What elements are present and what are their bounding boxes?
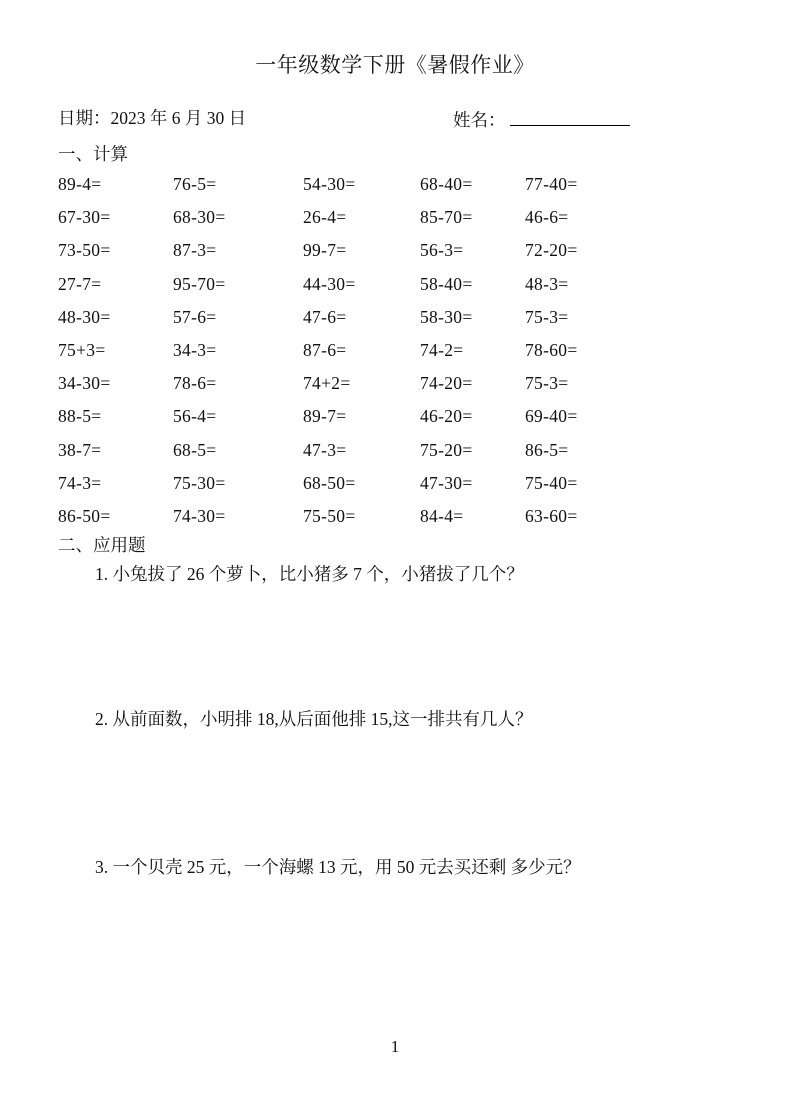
calc-problem: 56-4= bbox=[173, 406, 303, 427]
calc-problem: 56-3= bbox=[420, 240, 525, 261]
calc-row: 73-50= 87-3= 99-7= 56-3= 72-20= bbox=[58, 234, 732, 267]
calc-problem: 89-4= bbox=[58, 174, 173, 195]
calc-problem: 27-7= bbox=[58, 274, 173, 295]
calc-problem: 74-20= bbox=[420, 373, 525, 394]
calc-problem: 68-50= bbox=[303, 473, 420, 494]
calc-row: 48-30= 57-6= 47-6= 58-30= 75-3= bbox=[58, 301, 732, 334]
meta-row: 日期：2023 年 6 月 30 日 姓名： bbox=[0, 108, 790, 128]
calc-row: 74-3= 75-30= 68-50= 47-30= 75-40= bbox=[58, 467, 732, 500]
calc-problem: 57-6= bbox=[173, 307, 303, 328]
section-heading-calculation: 一、计算 bbox=[58, 144, 790, 164]
calc-row: 38-7= 68-5= 47-3= 75-20= 86-5= bbox=[58, 434, 732, 467]
calc-problem: 78-6= bbox=[173, 373, 303, 394]
calc-problem: 34-30= bbox=[58, 373, 173, 394]
calc-problem: 47-6= bbox=[303, 307, 420, 328]
calc-row: 86-50= 74-30= 75-50= 84-4= 63-60= bbox=[58, 500, 732, 533]
calc-problem: 68-5= bbox=[173, 440, 303, 461]
date-text: 日期：2023 年 6 月 30 日 bbox=[58, 108, 246, 128]
calc-problem: 47-3= bbox=[303, 440, 420, 461]
calc-problem: 86-5= bbox=[525, 440, 732, 461]
name-label: 姓名： bbox=[453, 110, 506, 130]
calculation-grid: 89-4= 76-5= 54-30= 68-40= 77-40= 67-30= … bbox=[58, 168, 732, 533]
calc-problem: 87-3= bbox=[173, 240, 303, 261]
name-blank-line bbox=[510, 108, 630, 126]
worksheet-page: 一年级数学下册《暑假作业》 日期：2023 年 6 月 30 日 姓名： 一、计… bbox=[0, 0, 790, 1118]
name-group: 姓名： bbox=[453, 108, 630, 130]
calc-problem: 46-20= bbox=[420, 406, 525, 427]
calc-problem: 75-40= bbox=[525, 473, 732, 494]
calc-problem: 38-7= bbox=[58, 440, 173, 461]
calc-row: 34-30= 78-6= 74+2= 74-20= 75-3= bbox=[58, 367, 732, 400]
calc-problem: 58-30= bbox=[420, 307, 525, 328]
calc-problem: 95-70= bbox=[173, 274, 303, 295]
word-problem-2: 2. 从前面数，小明排 18,从后面他排 15,这一排共有几人？ bbox=[95, 708, 750, 730]
calc-problem: 75-50= bbox=[303, 506, 420, 527]
calc-problem: 84-4= bbox=[420, 506, 525, 527]
calc-problem: 63-60= bbox=[525, 506, 732, 527]
calc-row: 67-30= 68-30= 26-4= 85-70= 46-6= bbox=[58, 201, 732, 234]
word-problem-3: 3. 一个贝壳 25 元，一个海螺 13 元，用 50 元去买还剩 多少元？ bbox=[95, 856, 750, 878]
calc-problem: 44-30= bbox=[303, 274, 420, 295]
calc-row: 89-4= 76-5= 54-30= 68-40= 77-40= bbox=[58, 168, 732, 201]
page-number: 1 bbox=[0, 1036, 790, 1058]
calc-problem: 74-30= bbox=[173, 506, 303, 527]
calc-problem: 26-4= bbox=[303, 207, 420, 228]
calc-problem: 75+3= bbox=[58, 340, 173, 361]
section-heading-word-problems: 二、应用题 bbox=[58, 535, 790, 555]
calc-problem: 78-60= bbox=[525, 340, 732, 361]
calc-problem: 75-30= bbox=[173, 473, 303, 494]
calc-problem: 73-50= bbox=[58, 240, 173, 261]
calc-problem: 89-7= bbox=[303, 406, 420, 427]
calc-problem: 69-40= bbox=[525, 406, 732, 427]
calc-row: 75+3= 34-3= 87-6= 74-2= 78-60= bbox=[58, 334, 732, 367]
calc-problem: 76-5= bbox=[173, 174, 303, 195]
calc-problem: 48-3= bbox=[525, 274, 732, 295]
calc-problem: 58-40= bbox=[420, 274, 525, 295]
calc-problem: 72-20= bbox=[525, 240, 732, 261]
calc-problem: 68-30= bbox=[173, 207, 303, 228]
calc-problem: 46-6= bbox=[525, 207, 732, 228]
calc-row: 27-7= 95-70= 44-30= 58-40= 48-3= bbox=[58, 268, 732, 301]
calc-problem: 75-20= bbox=[420, 440, 525, 461]
calc-row: 88-5= 56-4= 89-7= 46-20= 69-40= bbox=[58, 400, 732, 433]
calc-problem: 85-70= bbox=[420, 207, 525, 228]
calc-problem: 86-50= bbox=[58, 506, 173, 527]
calc-problem: 87-6= bbox=[303, 340, 420, 361]
calc-problem: 54-30= bbox=[303, 174, 420, 195]
calc-problem: 34-3= bbox=[173, 340, 303, 361]
calc-problem: 99-7= bbox=[303, 240, 420, 261]
page-title: 一年级数学下册《暑假作业》 bbox=[0, 0, 790, 79]
calc-problem: 48-30= bbox=[58, 307, 173, 328]
calc-problem: 74+2= bbox=[303, 373, 420, 394]
calc-problem: 75-3= bbox=[525, 307, 732, 328]
word-problem-1: 1. 小兔拔了 26 个萝卜，比小猪多 7 个，小猪拔了几个？ bbox=[95, 563, 750, 585]
calc-problem: 47-30= bbox=[420, 473, 525, 494]
calc-problem: 67-30= bbox=[58, 207, 173, 228]
calc-problem: 75-3= bbox=[525, 373, 732, 394]
calc-problem: 68-40= bbox=[420, 174, 525, 195]
calc-problem: 74-2= bbox=[420, 340, 525, 361]
calc-problem: 74-3= bbox=[58, 473, 173, 494]
calc-problem: 88-5= bbox=[58, 406, 173, 427]
calc-problem: 77-40= bbox=[525, 174, 732, 195]
